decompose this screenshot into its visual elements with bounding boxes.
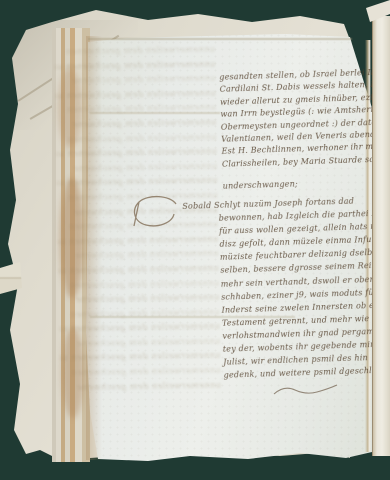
page-top-edge [88, 38, 352, 40]
handwritten-paragraph-1: gesandten stellen, ob Israel berlei Ihm … [219, 67, 390, 194]
closing-pen-flourish [272, 380, 342, 400]
handwritten-paragraph-2: Sobald Schlyt nuzüm Joseph fortans dad b… [218, 195, 390, 384]
marginal-oval-flourish [130, 192, 182, 234]
fore-edge-leaves [372, 16, 390, 456]
manuscript-photo: unnemerweilen dem geschwenen und sich de… [0, 0, 390, 480]
bleed-through-line: unnemerweilen dem geschwenen und sich de… [77, 380, 221, 397]
